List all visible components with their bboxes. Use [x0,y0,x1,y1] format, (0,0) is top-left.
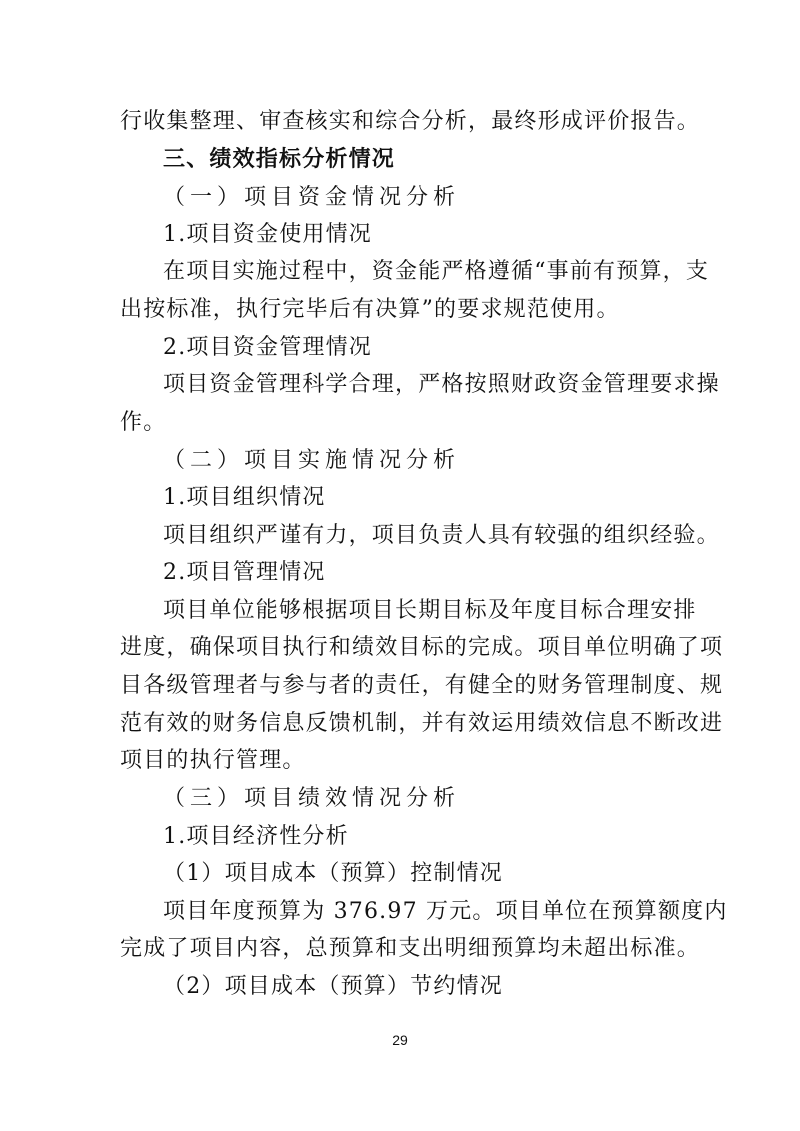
subsection-heading-1: （一）项目资金情况分析 [163,183,460,213]
item-heading: 1.项目经济性分析 [163,822,349,852]
paragraph-line: 在项目实施过程中，资金能严格遵循“事前有预算，支 [163,257,709,287]
subsection-heading-2: （二）项目实施情况分析 [163,446,460,476]
document-page: 行收集整理、审查核实和综合分析，最终形成评价报告。 三、绩效指标分析情况 （一）… [0,0,800,1131]
paragraph-continuation: 行收集整理、审查核实和综合分析，最终形成评价报告。 [120,107,700,137]
paragraph-line: 项目年度预算为 376.97 万元。项目单位在预算额度内 [163,897,728,927]
sub-item-heading: （1）项目成本（预算）控制情况 [163,859,503,889]
paragraph-line: 目各级管理者与参与者的责任，有健全的财务管理制度、规 [120,671,723,701]
paragraph-line: 完成了项目内容，总预算和支出明细预算均未超出标准。 [120,934,700,964]
paragraph-line: 作。 [120,408,166,438]
paragraph-line: 项目资金管理科学合理，严格按照财政资金管理要求操 [163,370,720,400]
subsection-heading-3: （三）项目绩效情况分析 [163,784,460,814]
item-heading: 1.项目组织情况 [163,483,326,513]
page-number: 29 [0,1032,800,1048]
item-heading: 2.项目资金管理情况 [163,333,372,363]
section-heading-3: 三、绩效指标分析情况 [163,145,395,175]
paragraph-line: 项目的执行管理。 [120,746,306,776]
paragraph-line: 范有效的财务信息反馈机制，并有效运用绩效信息不断改进 [120,709,723,739]
paragraph-line: 项目单位能够根据项目长期目标及年度目标合理安排 [163,596,697,626]
sub-item-heading: （2）项目成本（预算）节约情况 [163,972,503,1002]
paragraph-line: 进度，确保项目执行和绩效目标的完成。项目单位明确了项 [120,633,723,663]
paragraph-line: 项目组织严谨有力，项目负责人具有较强的组织经验。 [163,521,720,551]
item-heading: 2.项目管理情况 [163,558,326,588]
paragraph-line: 出按标准，执行完毕后有决算”的要求规范使用。 [120,295,620,325]
item-heading: 1.项目资金使用情况 [163,220,372,250]
